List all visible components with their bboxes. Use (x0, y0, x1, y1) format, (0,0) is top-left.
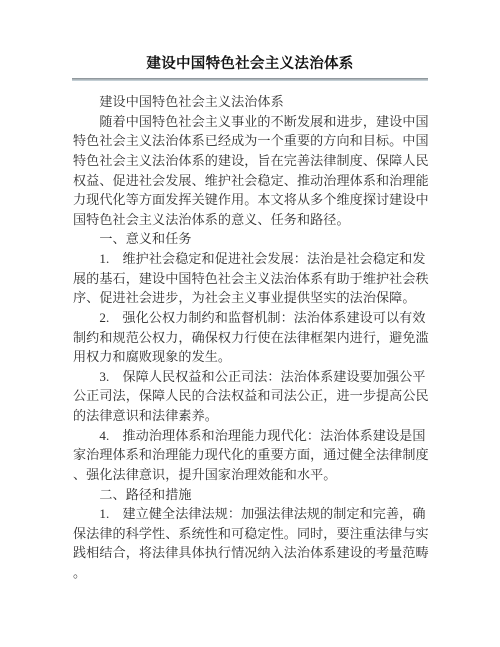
text-line: 2. 强化公权力制约和监督机制：法治体系建设可以有效 (73, 308, 429, 328)
document-page: 建设中国特色社会主义法治体系 建设中国特色社会主义法治体系 随着中国特色社会主义… (0, 0, 500, 647)
text-line: 一、意义和任务 (73, 229, 429, 249)
title-divider (72, 78, 428, 81)
text-line: 1. 维护社会稳定和促进社会发展：法治是社会稳定和发 (73, 249, 429, 269)
document-title: 建设中国特色社会主义法治体系 (72, 53, 428, 75)
document-body: 建设中国特色社会主义法治体系 随着中国特色社会主义事业的不断发展和进步，建设中国… (73, 92, 429, 583)
text-line: 保法律的科学性、系统性和可稳定性。同时，要注重法律与实 (73, 524, 429, 544)
text-line: 特色社会主义法治体系的建设，旨在完善法律制度、保障人民 (73, 151, 429, 171)
text-line: 践相结合，将法律具体执行情况纳入法治体系建设的考量范畴 (73, 543, 429, 563)
text-line: 展的基石，建设中国特色社会主义法治体系有助于维护社会秩 (73, 269, 429, 289)
text-line: 公正司法，保障人民的合法权益和司法公正，进一步提高公民 (73, 386, 429, 406)
text-line: 。 (73, 563, 429, 583)
text-line: 3. 保障人民权益和公正司法：法治体系建设要加强公平 (73, 367, 429, 387)
text-line: 的法律意识和法律素养。 (73, 406, 429, 426)
text-line: 序、促进社会进步，为社会主义事业提供坚实的法治保障。 (73, 288, 429, 308)
text-line: 特色社会主义法治体系已经成为一个重要的方向和目标。中国 (73, 131, 429, 151)
text-line: 制约和规范公权力，确保权力行使在法律框架内进行，避免滥 (73, 328, 429, 348)
text-line: 随着中国特色社会主义事业的不断发展和进步，建设中国 (73, 112, 429, 132)
text-line: 4. 推动治理体系和治理能力现代化：法治体系建设是国 (73, 426, 429, 446)
text-line: 1. 建立健全法律法规：加强法律法规的制定和完善，确 (73, 504, 429, 524)
text-line: 权益、促进社会发展、维护社会稳定、推动治理体系和治理能 (73, 171, 429, 191)
text-line: 建设中国特色社会主义法治体系 (73, 92, 429, 112)
text-line: 家治理体系和治理能力现代化的重要方面，通过健全法律制度 (73, 445, 429, 465)
text-line: 用权力和腐败现象的发生。 (73, 347, 429, 367)
text-line: 国特色社会主义法治体系的意义、任务和路径。 (73, 210, 429, 230)
text-line: 二、路径和措施 (73, 485, 429, 505)
text-line: 力现代化等方面发挥关键作用。本文将从多个维度探讨建设中 (73, 190, 429, 210)
text-line: 、强化法律意识，提升国家治理效能和水平。 (73, 465, 429, 485)
